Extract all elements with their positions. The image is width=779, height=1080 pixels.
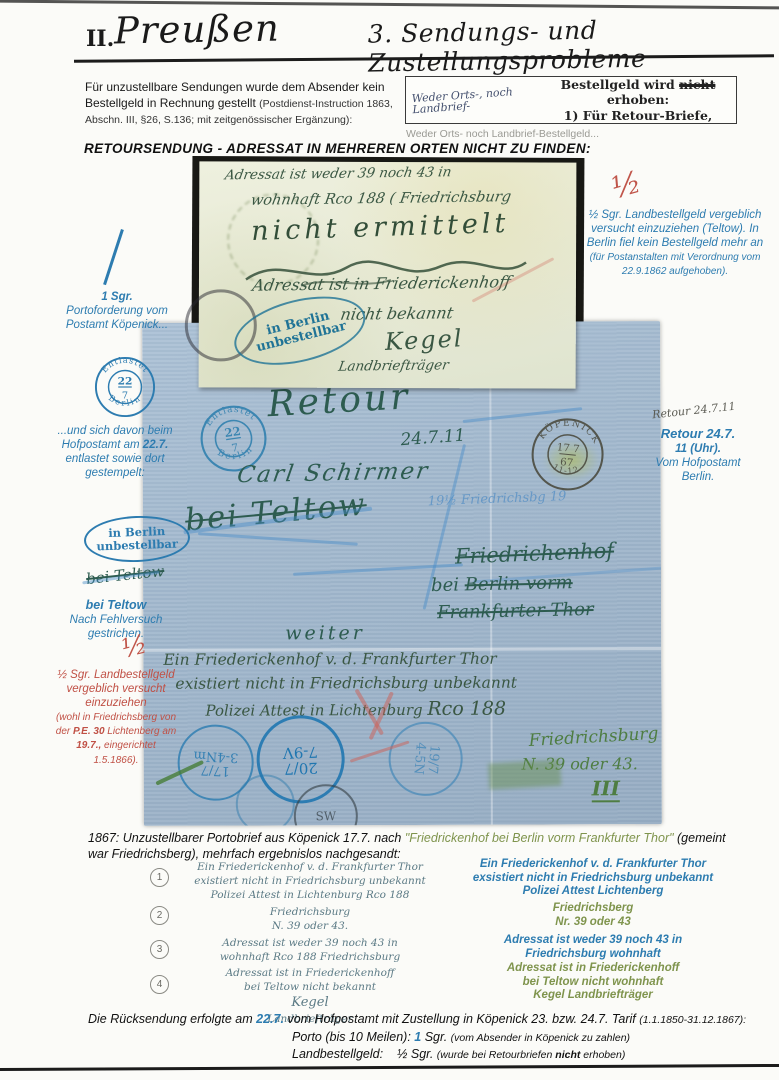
finding-text-3: Adressat ist weder 39 noch 43 in Friedri… xyxy=(428,934,758,961)
note4-main: ½ Sgr. Landbestellgeld vergeblich versuc… xyxy=(57,669,174,709)
finding-line: Friedrichsberg xyxy=(553,902,634,914)
note3-bold: bei Teltow xyxy=(86,598,147,612)
note4-paren: (wohl in Friedrichsberg von der P.E. 30 … xyxy=(56,712,176,766)
retour-note-bold: Retour 24.7. xyxy=(661,426,735,441)
finding-script-2: Friedrichsburg N. 39 oder 43. xyxy=(170,905,450,933)
footer1-post: vom Hofpostamt mit Zustellung in Köpenic… xyxy=(284,1012,639,1026)
retour-scribble: Retour 24.7.11 xyxy=(652,400,737,422)
porto-unit: Sgr. xyxy=(421,1030,450,1044)
finding-line: Adressat ist weder 39 noch 43 in xyxy=(504,934,682,946)
cover-note-line3: Polizei Attest in Lichtenburg Rco 188 xyxy=(205,698,506,721)
verso-line8: Landbriefträger xyxy=(337,357,450,375)
instruction-line1-post: erhoben: xyxy=(607,92,669,107)
script-line: Friedrichsburg xyxy=(270,906,350,918)
postmark-time: 4-5N xyxy=(411,742,427,775)
note2-date: 22.7. xyxy=(143,439,169,451)
scan-artifact-top xyxy=(0,0,779,9)
note3-text: Nach Fehlversuch gestrichen. xyxy=(70,614,163,640)
note2-post: entlastet sowie dort gestempelt: xyxy=(65,453,164,479)
teltow-struck-sample: bei Teltow xyxy=(86,566,164,585)
note-landbestellgeld-right: ½ Sgr. Landbestellgeld vergeblich versuc… xyxy=(586,208,764,278)
oval-line2: unbestellbar xyxy=(86,537,188,553)
land-note-pre: (wurde bei Retourbriefen xyxy=(437,1049,555,1061)
script-line: N. 39 oder 43. xyxy=(272,920,348,932)
pencil-strike xyxy=(198,532,358,546)
finding-number-4: 4 xyxy=(150,975,169,994)
instruction-box: Weder Orts-, noch Landbrief- Bestellgeld… xyxy=(405,76,737,124)
note-porto-amount: 1 Sgr. xyxy=(101,291,132,303)
entlastet-month: 7 xyxy=(122,391,128,402)
cover-note-line1: Ein Friederickenhof v. d. Frankfurter Th… xyxy=(163,650,496,669)
finding-text-2: Friedrichsberg Nr. 39 oder 43 xyxy=(428,902,758,929)
cover-note-line3-text: Polizei Attest in Lichtenburg xyxy=(205,701,427,720)
addressee-manuscript: Carl Schirmer xyxy=(235,458,431,488)
footer-line3: Landbestellgeld: ½ Sgr. (wurde bei Retou… xyxy=(292,1047,625,1061)
note-hofpostamt-entlastet: ...und sich davon beim Hofpostamt am 22.… xyxy=(56,424,174,480)
green-boxed-stamp xyxy=(488,760,561,790)
script-line: Kegel xyxy=(291,995,328,1010)
land-value: ½ Sgr. xyxy=(397,1047,437,1061)
exhibit-page: II. Preußen 3. Sendungs- und Zustellungs… xyxy=(0,0,779,1080)
note-landbestellgeld-left: ½ Sgr. Landbestellgeld vergeblich versuc… xyxy=(54,668,178,767)
finding-text-4: Adressat ist in Friederickenhoff bei Tel… xyxy=(428,962,758,1003)
right-note-main: ½ Sgr. Landbestellgeld vergeblich versuc… xyxy=(587,209,763,249)
koepenick-year: 67 xyxy=(560,456,574,469)
destination-struck-3: Frankfurter Thor xyxy=(437,599,594,623)
instruction-line1-pre: Bestellgeld wird xyxy=(561,77,680,92)
footer1-pre: Die Rücksendung erfolgte am xyxy=(88,1012,256,1026)
note4-p2: Lichtenberg am xyxy=(105,726,177,737)
entlastet-day: 22 xyxy=(118,375,133,388)
finding-line: Kegel Landbriefträger xyxy=(533,989,653,1001)
section-numeral: II. xyxy=(86,26,114,52)
porto-label: Porto (bis 10 Meilen): xyxy=(292,1030,414,1044)
land-note-post: erhoben) xyxy=(580,1049,625,1061)
porto-note: (vom Absender in Köpenick zu zahlen) xyxy=(451,1032,630,1044)
weiter-manuscript: weiter xyxy=(285,622,365,644)
entlastet-stamp-illustration: Entlastet Berlin 22 7 xyxy=(94,356,156,418)
script-line: Polizei Attest in Lichtenburg Rco 188 xyxy=(211,889,410,901)
destination-line-2: bei Berlin vorm xyxy=(431,572,573,596)
exhibit-heading: RETOURSENDUNG - ADRESSAT IN MEHREREN ORT… xyxy=(84,141,591,156)
script-line: Ein Friederickenhof v. d. Frankfurter Th… xyxy=(197,861,423,873)
red-half-mark-right: ½ xyxy=(608,165,646,207)
finding-script-3: Adressat ist weder 39 noch 43 in wohnhaf… xyxy=(170,936,450,964)
script-line: existiert nicht in Friedrichsburg unbeka… xyxy=(194,875,425,887)
instruction-handwritten: Weder Orts-, noch Landbrief- xyxy=(405,84,540,115)
finding-text-1: Ein Friederickenhof v. d. Frankfurter Th… xyxy=(428,858,758,899)
note-retour-hofpostamt: Retour 24.7. 11 (Uhr). Vom Hofpostamt Be… xyxy=(638,426,758,484)
postmark-letters: SW xyxy=(316,810,337,823)
land-label: Landbestellgeld: xyxy=(292,1047,383,1061)
finding-line: exsistiert nicht in Friedrichsburg unbek… xyxy=(473,872,713,884)
note-bei-teltow: bei Teltow Nach Fehlversuch gestrichen. xyxy=(62,598,170,641)
retour-note-time: 11 (Uhr). xyxy=(675,443,721,455)
footer-line1: Die Rücksendung erfolgte am 22.7. vom Ho… xyxy=(88,1012,746,1026)
finding-line: Ein Friederickenhof v. d. Frankfurter Th… xyxy=(480,858,706,870)
letter-cover-front: Entlastet Berlin 22 7 Retour 24.7.11 KÖP… xyxy=(142,321,662,826)
verso-line2: wohnhaft Rco 188 ( Friedrichsburg xyxy=(250,189,513,209)
destination-struck-1: Friedrichenhof xyxy=(455,538,615,568)
instruction-printed: Bestellgeld wird nicht erhoben: 1) Für R… xyxy=(540,77,736,124)
finding-number-2: 2 xyxy=(150,906,169,925)
finding-number-1: 1 xyxy=(150,868,169,887)
instruction-box-caption: Weder Orts- noch Landbrief-Bestellgeld..… xyxy=(406,128,599,140)
finding-number-3: 3 xyxy=(150,940,169,959)
section-title: Preußen xyxy=(114,7,280,53)
cover-note-rco: Rco 188 xyxy=(427,698,506,720)
note4-p3: eingerichtet 1.5.1866). xyxy=(93,740,155,765)
scan-artifact-bottom xyxy=(0,1064,779,1071)
chapter-title: 3. Sendungs- und Zustellungsprobleme xyxy=(368,12,779,77)
blue-slash-mark xyxy=(103,229,123,285)
note-porto-koepenick: 1 Sgr. Portoforderung vom Postamt Köpeni… xyxy=(58,290,176,332)
note-porto-text: Portoforderung vom Postamt Köpenick... xyxy=(66,305,168,331)
script-line: Adressat ist in Friederickenhoff xyxy=(226,967,395,979)
cover-note-line2: existiert nicht in Friedrichsburg unbeka… xyxy=(175,674,517,693)
destination-bei: bei xyxy=(431,574,465,596)
finding-line: Friedrichsburg wohnhaft xyxy=(525,948,660,960)
land-note: (wurde bei Retourbriefen nicht erhoben) xyxy=(437,1049,626,1061)
postmark-time: 7-9V xyxy=(283,743,319,760)
script-line: Adressat ist weder 39 noch 43 in xyxy=(222,937,398,949)
finding-line: Polizei Attest Lichtenberg xyxy=(523,885,664,897)
footer-line2: Porto (bis 10 Meilen): 1 Sgr. (vom Absen… xyxy=(292,1030,630,1044)
land-note-bold: nicht xyxy=(555,1049,580,1061)
finding-line: bei Teltow nicht wohnhaft xyxy=(523,976,664,988)
entlastet-day: 22 xyxy=(224,424,242,440)
letter-cover-verso: Adressat ist weder 39 noch 43 in wohnhaf… xyxy=(199,161,577,388)
intro-paragraph: Für unzustellbare Sendungen wurde dem Ab… xyxy=(85,80,407,128)
script-line: wohnhaft Rco 188 Friedrichsburg xyxy=(220,951,400,963)
green-note-line3: III xyxy=(592,776,620,802)
finding-line: Adressat ist in Friederickenhoff xyxy=(507,962,679,974)
footer1-tarif: (1.1.1850-31.12.1867): xyxy=(639,1014,746,1026)
retour-date-manuscript: 24.7.11 xyxy=(400,426,466,451)
verso-kegel: Kegel xyxy=(384,324,464,356)
instruction-line2: 1) Für Retour-Briefe, xyxy=(564,108,713,123)
script-line: bei Teltow nicht bekannt xyxy=(244,981,376,993)
green-note-line1: Friedrichsburg xyxy=(528,724,659,751)
footer1-date: 22.7. xyxy=(256,1012,284,1026)
destination-struck-2: Berlin vorm xyxy=(464,572,572,595)
partial-postmark-faint xyxy=(236,774,295,826)
caption-quote: "Friedrickenhof bei Berlin vorm Frankfur… xyxy=(405,831,674,845)
verso-line1: Adressat ist weder 39 noch 43 in xyxy=(224,164,453,183)
koepenick-postmark: KÖPENICK 11-12 17 7 67 xyxy=(527,414,608,495)
instruction-struck-word: nicht xyxy=(679,77,715,92)
entlastet-month: 7 xyxy=(231,441,240,455)
caption-pre: 1867: Unzustellbarer Portobrief aus Köpe… xyxy=(88,831,405,845)
verso-line5: Adressat ist in Friederickenhoff xyxy=(251,272,512,295)
finding-line: Nr. 39 oder 43 xyxy=(555,916,630,928)
right-note-paren: (für Postanstalten mit Verordnung vom 22… xyxy=(590,252,761,277)
retour-note-rest: Vom Hofpostamt Berlin. xyxy=(655,457,740,483)
pencil-stroke xyxy=(293,563,463,575)
koepenick-date: 17 7 xyxy=(556,441,580,455)
arrival-postmark-19-7: 19/7 4-5N xyxy=(386,719,466,799)
note4-date: 19.7., xyxy=(76,740,101,751)
note4-pe30: P.E. 30 xyxy=(73,726,105,737)
finding-script-1: Ein Friederickenhof v. d. Frankfurter Th… xyxy=(170,860,450,903)
